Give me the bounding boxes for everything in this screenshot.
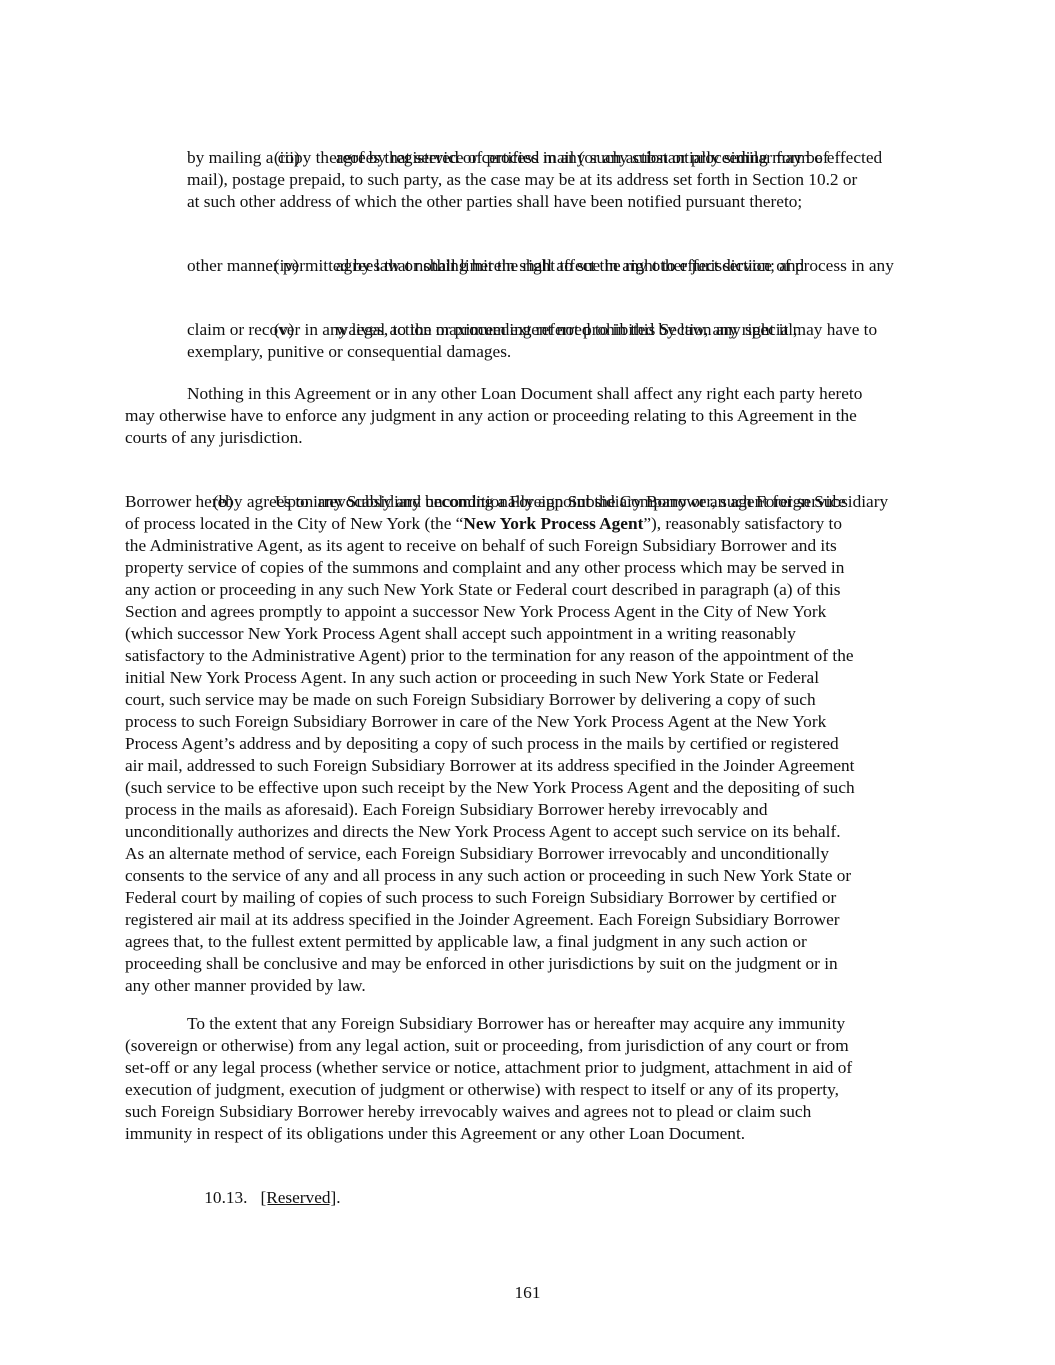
text-line: Section and agrees promptly to appoint a… [125, 601, 826, 623]
text-line: mail), postage prepaid, to such party, a… [187, 169, 857, 191]
text-line: satisfactory to the Administrative Agent… [125, 645, 854, 667]
text-line: any action or proceeding in any such New… [125, 579, 841, 601]
text-line: any other manner provided by law. [125, 975, 366, 997]
text-line: immunity in respect of its obligations u… [125, 1123, 745, 1145]
text-line: registered air mail at its address speci… [125, 909, 840, 931]
defined-term: New York Process Agent [463, 514, 643, 533]
text-line: air mail, addressed to such Foreign Subs… [125, 755, 854, 777]
page-number: 161 [0, 1282, 1055, 1304]
text-line: To the extent that any Foreign Subsidiar… [187, 1013, 845, 1035]
text-line: consents to the service of any and all p… [125, 865, 851, 887]
text-line: the Administrative Agent, as its agent t… [125, 535, 837, 557]
text-line: agrees that, to the fullest extent permi… [125, 931, 807, 953]
text-line: set-off or any legal process (whether se… [125, 1057, 852, 1079]
text-line: at such other address of which the other… [187, 191, 802, 213]
text-line: other manner permitted by law or shall l… [187, 255, 804, 277]
text-line: initial New York Process Agent. In any s… [125, 667, 819, 689]
text-line: courts of any jurisdiction. [125, 427, 303, 449]
text-line: (sovereign or otherwise) from any legal … [125, 1035, 849, 1057]
text-line: Borrower hereby agrees to irrevocably an… [125, 491, 846, 513]
section-heading-10-13: 10.13. [Reserved]. [187, 1165, 341, 1187]
text-line: such Foreign Subsidiary Borrower hereby … [125, 1101, 811, 1123]
text-line: by mailing a copy thereof by registered … [187, 147, 829, 169]
text-line: Process Agent’s address and by depositin… [125, 733, 839, 755]
text-line: proceeding shall be conclusive and may b… [125, 953, 838, 975]
text-line: As an alternate method of service, each … [125, 843, 829, 865]
text-line: process to such Foreign Subsidiary Borro… [125, 711, 826, 733]
text-line: exemplary, punitive or consequential dam… [187, 341, 511, 363]
text-line: may otherwise have to enforce any judgme… [125, 405, 857, 427]
text-line: (which successor New York Process Agent … [125, 623, 796, 645]
text-line: claim or recover in any legal action or … [187, 319, 797, 341]
text-line: court, such service may be made on such … [125, 689, 816, 711]
text-line: execution of judgment, execution of judg… [125, 1079, 839, 1101]
document-page: (iii)agrees that service of process in a… [0, 0, 1055, 1365]
text-line: (such service to be effective upon such … [125, 777, 855, 799]
text-line: property service of copies of the summon… [125, 557, 844, 579]
text-line: Nothing in this Agreement or in any othe… [187, 383, 862, 405]
text-line: unconditionally authorizes and directs t… [125, 821, 841, 843]
text-line: of process located in the City of New Yo… [125, 513, 842, 535]
text-line: process in the mails as aforesaid). Each… [125, 799, 768, 821]
text-line: Federal court by mailing of copies of su… [125, 887, 836, 909]
section-title: [Reserved] [260, 1188, 336, 1207]
section-number: 10.13. [204, 1188, 247, 1207]
